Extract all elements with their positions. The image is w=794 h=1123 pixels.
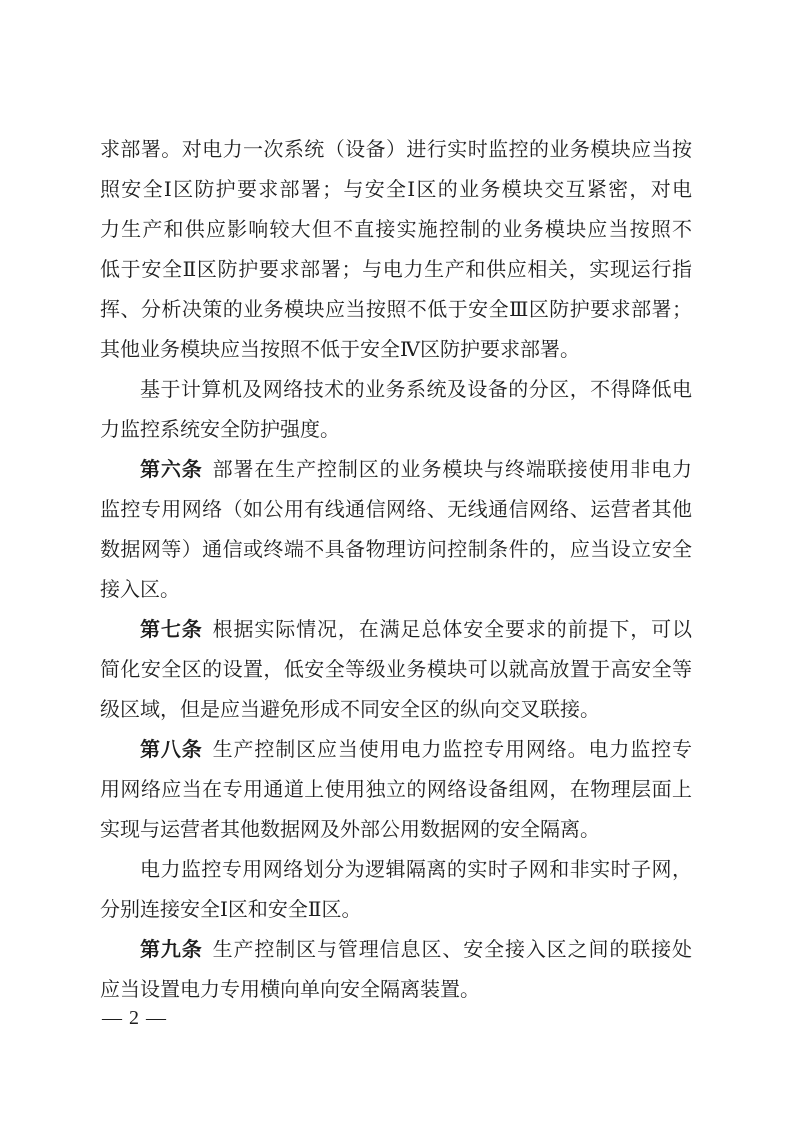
text-run: 电力监控专用网络划分为逻辑隔离的实时子网和非实时子网， <box>140 859 692 881</box>
text-run: 级区域，但是应当避免形成不同安全区的纵向交叉联接。 <box>100 699 600 721</box>
text-line: 监控专用网络（如公用有线通信网络、无线通信网络、运营者其他 <box>100 490 692 530</box>
text-line: 简化安全区的设置，低安全等级业务模块可以就高放置于高安全等 <box>100 650 692 690</box>
article-number: 第六条 <box>140 459 203 481</box>
text-line: 低于安全Ⅱ区防护要求部署；与电力生产和供应相关，实现运行指 <box>100 250 692 290</box>
text-run: 接入区。 <box>100 579 180 601</box>
document-page: 求部署。对电力一次系统（设备）进行实时监控的业务模块应当按照安全Ⅰ区防护要求部署… <box>0 0 794 1123</box>
text-run: 生产控制区与管理信息区、安全接入区之间的联接处 <box>213 939 692 961</box>
text-run: 简化安全区的设置，低安全等级业务模块可以就高放置于高安全等 <box>100 659 692 681</box>
text-line: 照安全Ⅰ区防护要求部署；与安全Ⅰ区的业务模块交互紧密，对电 <box>100 170 692 210</box>
text-line: 接入区。 <box>100 570 692 610</box>
text-run: 应当设置电力专用横向单向安全隔离装置。 <box>100 979 480 1001</box>
article-number: 第七条 <box>140 619 203 641</box>
text-run: 求部署。对电力一次系统（设备）进行实时监控的业务模块应当按 <box>100 139 692 161</box>
text-run: 力监控系统安全防护强度。 <box>100 419 340 441</box>
text-run: 分别连接安全Ⅰ区和安全Ⅱ区。 <box>100 899 362 921</box>
article-number: 第八条 <box>140 739 203 761</box>
text-line: 实现与运营者其他数据网及外部公用数据网的安全隔离。 <box>100 810 692 850</box>
text-line: 其他业务模块应当按照不低于安全Ⅳ区防护要求部署。 <box>100 330 692 370</box>
text-run: 基于计算机及网络技术的业务系统及设备的分区，不得降低电 <box>140 379 692 401</box>
text-line: 力监控系统安全防护强度。 <box>100 410 692 450</box>
text-run: 数据网等）通信或终端不具备物理访问控制条件的，应当设立安全 <box>100 539 692 561</box>
text-run: 根据实际情况，在满足总体安全要求的前提下，可以 <box>213 619 692 641</box>
text-line: 第七条根据实际情况，在满足总体安全要求的前提下，可以 <box>100 610 692 650</box>
text-line: 基于计算机及网络技术的业务系统及设备的分区，不得降低电 <box>100 370 692 410</box>
text-line: 用网络应当在专用通道上使用独立的网络设备组网，在物理层面上 <box>100 770 692 810</box>
text-run: 实现与运营者其他数据网及外部公用数据网的安全隔离。 <box>100 819 600 841</box>
text-line: 第九条生产控制区与管理信息区、安全接入区之间的联接处 <box>100 930 692 970</box>
text-line: 级区域，但是应当避免形成不同安全区的纵向交叉联接。 <box>100 690 692 730</box>
text-run: 生产控制区应当使用电力监控专用网络。电力监控专 <box>213 739 692 761</box>
text-run: 其他业务模块应当按照不低于安全Ⅳ区防护要求部署。 <box>100 339 580 361</box>
text-line: 数据网等）通信或终端不具备物理访问控制条件的，应当设立安全 <box>100 530 692 570</box>
text-line: 应当设置电力专用横向单向安全隔离装置。 <box>100 970 692 1010</box>
text-line: 求部署。对电力一次系统（设备）进行实时监控的业务模块应当按 <box>100 130 692 170</box>
text-line: 力生产和供应影响较大但不直接实施控制的业务模块应当按照不 <box>100 210 692 250</box>
text-run: 用网络应当在专用通道上使用独立的网络设备组网，在物理层面上 <box>100 779 692 801</box>
document-body: 求部署。对电力一次系统（设备）进行实时监控的业务模块应当按照安全Ⅰ区防护要求部署… <box>100 130 692 1010</box>
text-run: 监控专用网络（如公用有线通信网络、无线通信网络、运营者其他 <box>100 499 692 521</box>
text-line: 分别连接安全Ⅰ区和安全Ⅱ区。 <box>100 890 692 930</box>
text-run: 照安全Ⅰ区防护要求部署；与安全Ⅰ区的业务模块交互紧密，对电 <box>100 179 692 201</box>
text-run: 力生产和供应影响较大但不直接实施控制的业务模块应当按照不 <box>100 219 692 241</box>
text-run: 部署在生产控制区的业务模块与终端联接使用非电力 <box>213 459 692 481</box>
article-number: 第九条 <box>140 939 203 961</box>
text-run: 挥、分析决策的业务模块应当按照不低于安全Ⅲ区防护要求部署； <box>100 299 692 321</box>
text-line: 电力监控专用网络划分为逻辑隔离的实时子网和非实时子网， <box>100 850 692 890</box>
page-number: — 2 — <box>102 1006 167 1030</box>
text-line: 第八条生产控制区应当使用电力监控专用网络。电力监控专 <box>100 730 692 770</box>
text-line: 挥、分析决策的业务模块应当按照不低于安全Ⅲ区防护要求部署； <box>100 290 692 330</box>
text-line: 第六条部署在生产控制区的业务模块与终端联接使用非电力 <box>100 450 692 490</box>
text-run: 低于安全Ⅱ区防护要求部署；与电力生产和供应相关，实现运行指 <box>100 259 692 281</box>
